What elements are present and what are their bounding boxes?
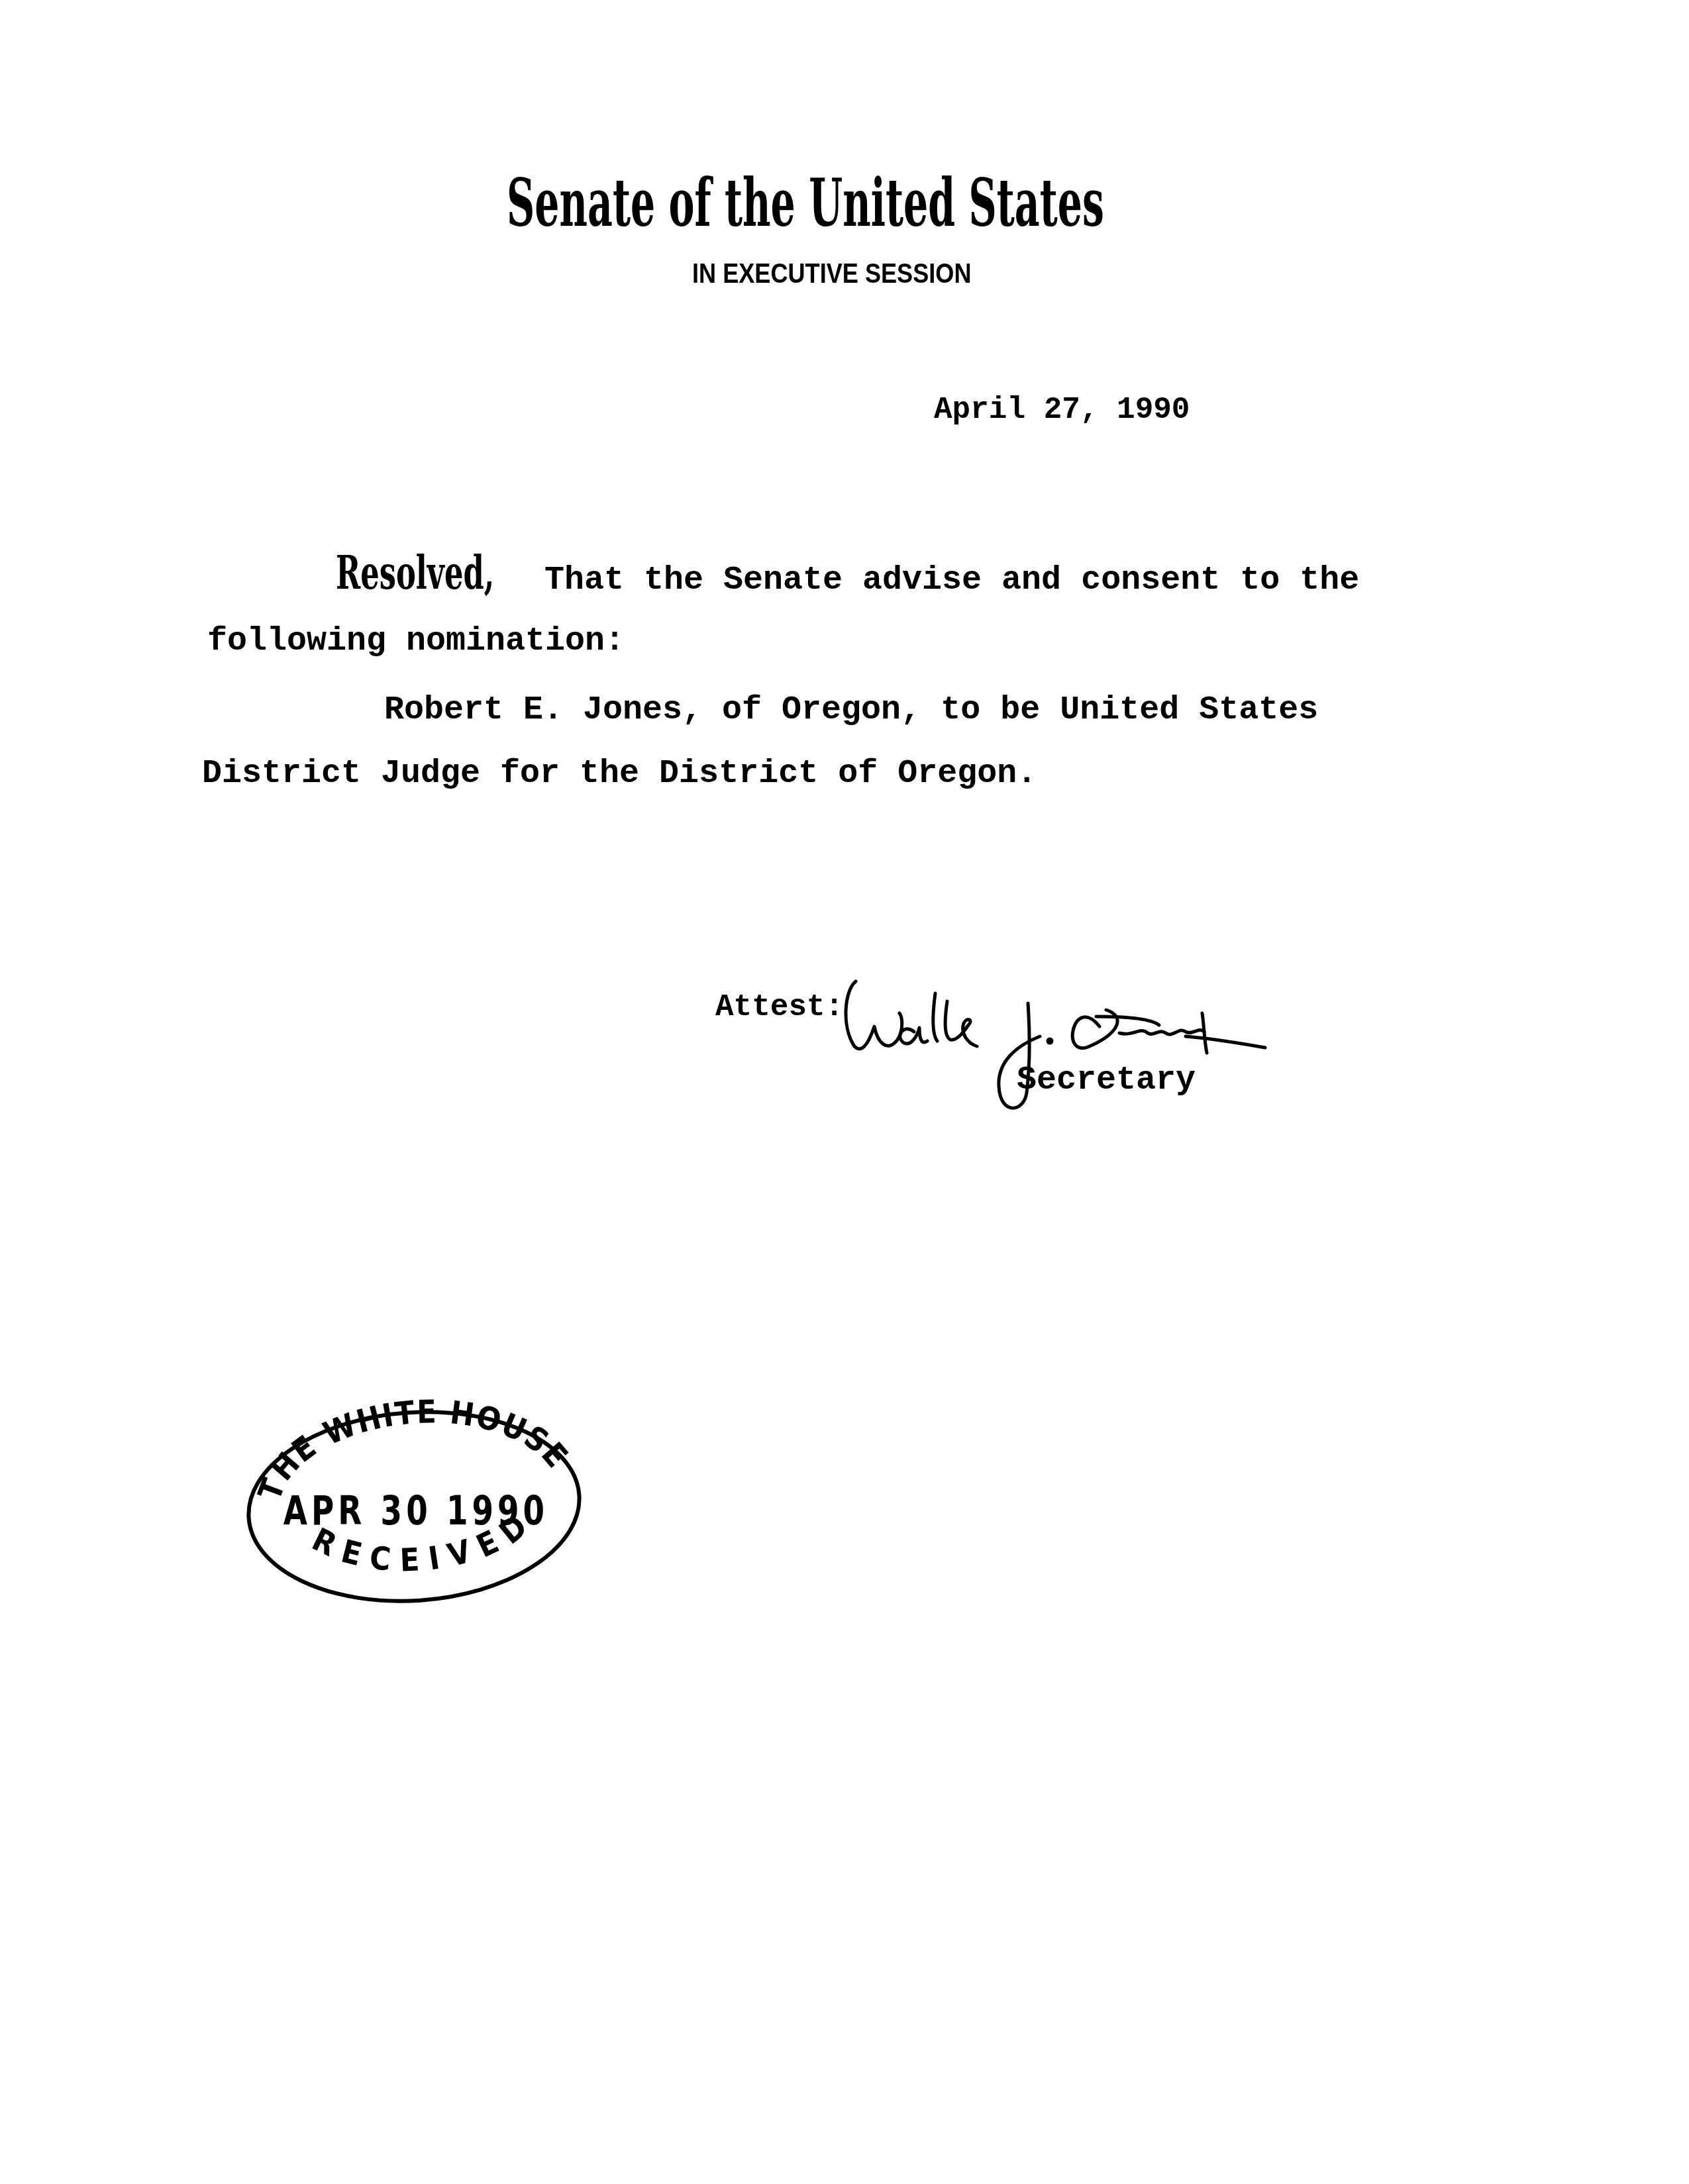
resolution-line: That the Senate advise and consent to th… <box>544 564 1359 597</box>
white-house-received-stamp-icon: THE WHITE HOUSE RECEIVED APR 30 1990 <box>238 1397 596 1616</box>
session-subtitle: IN EXECUTIVE SESSION <box>692 260 972 287</box>
signature-icon <box>841 954 1437 1126</box>
nomination-line: District Judge for the District of Orego… <box>202 758 1037 791</box>
resolved-heading: Resolved, <box>336 550 494 596</box>
secretary-title: Secretary <box>1017 1064 1196 1097</box>
document-date: April 27, 1990 <box>934 395 1190 425</box>
attest-label: Attest: <box>715 992 843 1022</box>
page-title: Senate of the United States <box>507 170 1104 236</box>
stamp-date: APR 30 1990 <box>283 1489 548 1534</box>
resolution-line: following nomination: <box>207 625 625 658</box>
nomination-line: Robert E. Jones, of Oregon, to be United… <box>384 694 1318 727</box>
